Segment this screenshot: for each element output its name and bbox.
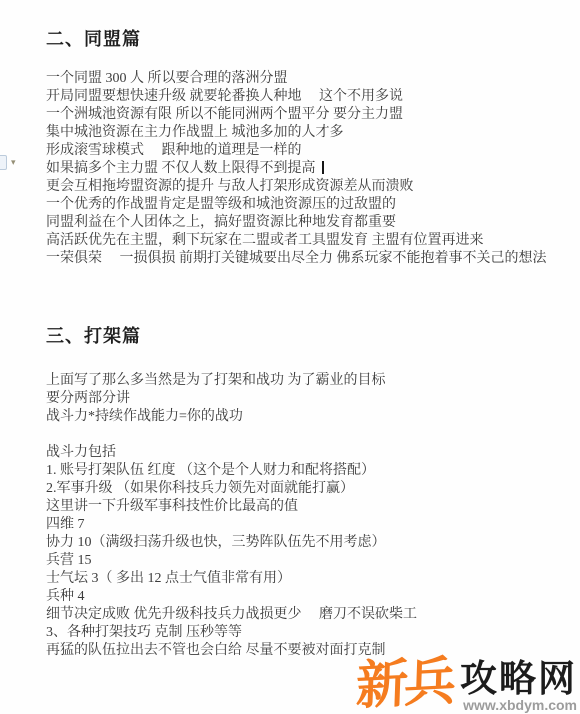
text-line: 一个同盟 300 人 所以要合理的落洲分盟 bbox=[46, 70, 552, 88]
watermark-url: www.xbdym.com bbox=[463, 698, 577, 713]
autocorrect-icon[interactable] bbox=[0, 155, 7, 170]
text-line: 开局同盟要想快速升级 就要轮番换人种地 这个不用多说 bbox=[46, 88, 552, 106]
text-line: 1. 账号打架队伍 红度 （这个是个人财力和配将搭配） bbox=[46, 462, 552, 480]
text-line: 2.军事升级 （如果你科技兵力领先对面就能打赢） bbox=[46, 480, 552, 498]
section-body: 上面写了那么多当然是为了打架和战功 为了霸业的目标要分两部分讲战斗力*持续作战能… bbox=[46, 372, 552, 660]
text-line: 细节决定成败 优先升级科技兵力战损更少 磨刀不误砍柴工 bbox=[46, 606, 552, 624]
document-page: 二、同盟篇一个同盟 300 人 所以要合理的落洲分盟开局同盟要想快速升级 就要轮… bbox=[0, 0, 580, 714]
dropdown-arrow-icon[interactable]: ▾ bbox=[11, 156, 16, 168]
text-line: 集中城池资源在主力作战盟上 城池多加的人才多 bbox=[46, 124, 552, 142]
text-line: 要分两部分讲 bbox=[46, 390, 552, 408]
text-line: 战斗力*持续作战能力=你的战功 bbox=[46, 408, 552, 426]
text-line: 一个优秀的作战盟肯定是盟等级和城池资源压的过敌盟的 bbox=[46, 196, 552, 214]
text-line: 一荣俱荣 一损俱损 前期打关键城要出尽全力 佛系玩家不能抱着事不关己的想法 bbox=[46, 250, 552, 268]
section-body: 一个同盟 300 人 所以要合理的落洲分盟开局同盟要想快速升级 就要轮番换人种地… bbox=[46, 70, 552, 268]
section: 三、打架篇上面写了那么多当然是为了打架和战功 为了霸业的目标要分两部分讲战斗力*… bbox=[46, 325, 552, 660]
document-content: 二、同盟篇一个同盟 300 人 所以要合理的落洲分盟开局同盟要想快速升级 就要轮… bbox=[46, 28, 552, 660]
watermark-brand-title: 攻略网 bbox=[460, 659, 577, 698]
watermark-brand-stylized: 新兵 bbox=[355, 654, 459, 714]
text-line: 这里讲一下升级军事科技性价比最高的值 bbox=[46, 498, 552, 516]
text-line: 四维 7 bbox=[46, 516, 552, 534]
blank-line bbox=[46, 426, 552, 444]
text-line: 兵营 15 bbox=[46, 552, 552, 570]
text-line: 战斗力包括 bbox=[46, 444, 552, 462]
text-line: 同盟利益在个人团体之上，搞好盟资源比种地发育都重要 bbox=[46, 214, 552, 232]
text-line: 上面写了那么多当然是为了打架和战功 为了霸业的目标 bbox=[46, 372, 552, 390]
site-watermark: 新兵 攻略网 www.xbdym.com bbox=[356, 657, 577, 713]
text-line: 协力 10（满级扫荡升级也快，三势阵队伍先不用考虑） bbox=[46, 534, 552, 552]
text-line: 如果搞多个主力盟 不仅人数上限得不到提高 bbox=[46, 160, 552, 178]
text-line: 3、各种打架技巧 克制 压秒等等 bbox=[46, 624, 552, 642]
text-line: 高活跃优先在主盟，剩下玩家在二盟或者工具盟发育 主盟有位置再进来 bbox=[46, 232, 552, 250]
text-line: 形成滚雪球模式 跟种地的道理是一样的 bbox=[46, 142, 552, 160]
text-line: 一个洲城池资源有限 所以不能同洲两个盟平分 要分主力盟 bbox=[46, 106, 552, 124]
section-heading: 二、同盟篇 bbox=[46, 28, 552, 50]
section: 二、同盟篇一个同盟 300 人 所以要合理的落洲分盟开局同盟要想快速升级 就要轮… bbox=[46, 28, 552, 268]
text-cursor bbox=[322, 161, 324, 174]
watermark-text-block: 攻略网 www.xbdym.com bbox=[460, 657, 577, 713]
text-line: 士气坛 3（ 多出 12 点士气值非常有用） bbox=[46, 570, 552, 588]
text-line: 兵种 4 bbox=[46, 588, 552, 606]
text-line: 更会互相拖垮盟资源的提升 与敌人打架形成资源差从而溃败 bbox=[46, 178, 552, 196]
autocorrect-button[interactable]: ▾ bbox=[0, 154, 22, 172]
section-heading: 三、打架篇 bbox=[46, 325, 552, 347]
